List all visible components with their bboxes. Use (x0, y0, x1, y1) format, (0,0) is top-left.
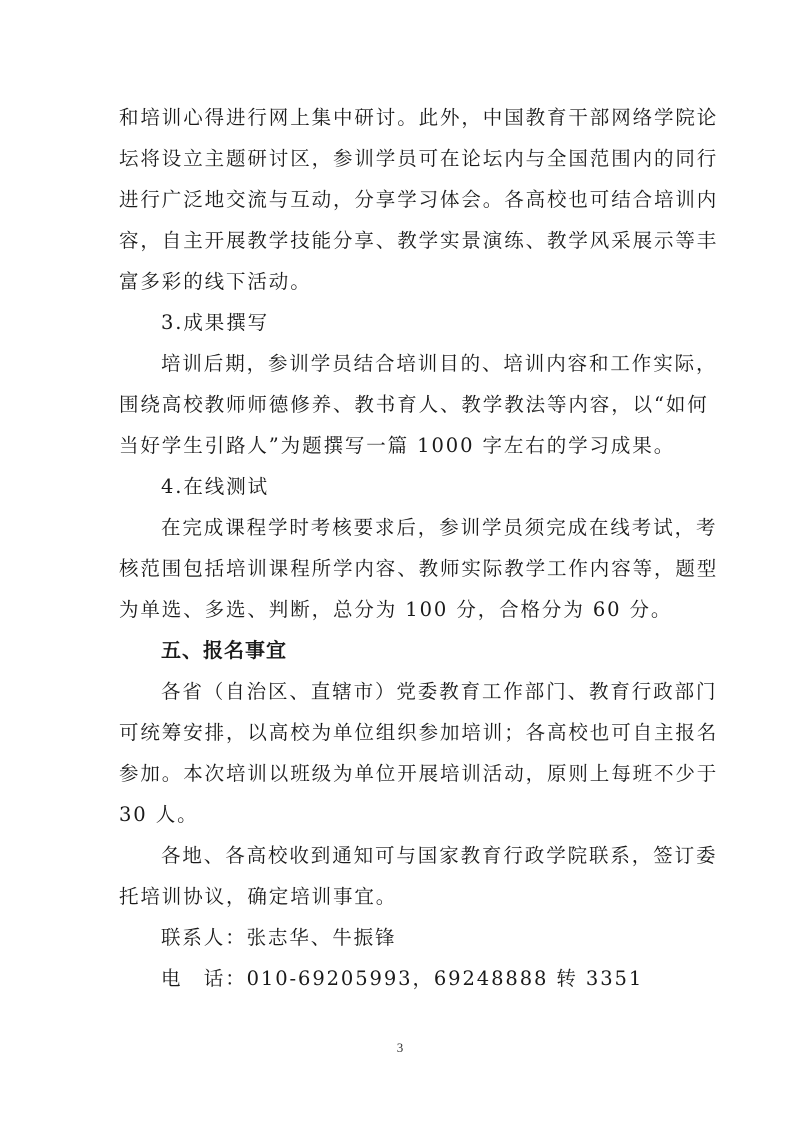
subsection-heading-results-writing: 3.成果撰写 (119, 302, 683, 343)
section-heading-registration: 五、报名事宜 (119, 630, 683, 671)
contact-label: 联系人： (161, 926, 247, 949)
text-line: 各省（自治区、直辖市）党委教育工作部门、教育行政部门 (119, 671, 683, 712)
text-line: 30 人。 (119, 794, 683, 835)
phone-label: 电 话： (161, 967, 247, 990)
text-line: 参加。本次培训以班级为单位开展培训活动，原则上每班不少于 (119, 753, 683, 794)
text-line: 核范围包括培训课程所学内容、教师实际教学工作内容等，题型 (119, 548, 683, 589)
contact-names: 张志华、牛振锋 (247, 926, 397, 949)
text-line: 和培训心得进行网上集中研讨。此外，中国教育干部网络学院论 (119, 97, 683, 138)
page-number: 3 (0, 1040, 800, 1056)
text-line: 可统筹安排，以高校为单位组织参加培训；各高校也可自主报名 (119, 712, 683, 753)
document-page: 和培训心得进行网上集中研讨。此外，中国教育干部网络学院论 坛将设立主题研讨区，参… (0, 0, 800, 1132)
text-line: 坛将设立主题研讨区，参训学员可在论坛内与全国范围内的同行 (119, 138, 683, 179)
text-line: 各地、各高校收到通知可与国家教育行政学院联系，签订委 (119, 835, 683, 876)
subsection-heading-online-test: 4.在线测试 (119, 466, 683, 507)
text-line: 富多彩的线下活动。 (119, 261, 683, 302)
text-line: 容，自主开展教学技能分享、教学实景演练、教学风采展示等丰 (119, 220, 683, 261)
document-body: 和培训心得进行网上集中研讨。此外，中国教育干部网络学院论 坛将设立主题研讨区，参… (119, 97, 683, 999)
phone-value: 010-69205993，69248888 转 3351 (247, 967, 644, 990)
text-line: 在完成课程学时考核要求后，参训学员须完成在线考试，考 (119, 507, 683, 548)
text-line: 围绕高校教师师德修养、教书育人、教学教法等内容，以“如何 (119, 384, 683, 425)
text-line: 培训后期，参训学员结合培训目的、培训内容和工作实际， (119, 343, 683, 384)
text-line: 托培训协议，确定培训事宜。 (119, 876, 683, 917)
text-line: 当好学生引路人”为题撰写一篇 1000 字左右的学习成果。 (119, 425, 683, 466)
text-line: 为单选、多选、判断，总分为 100 分，合格分为 60 分。 (119, 589, 683, 630)
phone-line: 电 话：010-69205993，69248888 转 3351 (119, 958, 683, 999)
contact-person-line: 联系人：张志华、牛振锋 (119, 917, 683, 958)
text-line: 进行广泛地交流与互动，分享学习体会。各高校也可结合培训内 (119, 179, 683, 220)
